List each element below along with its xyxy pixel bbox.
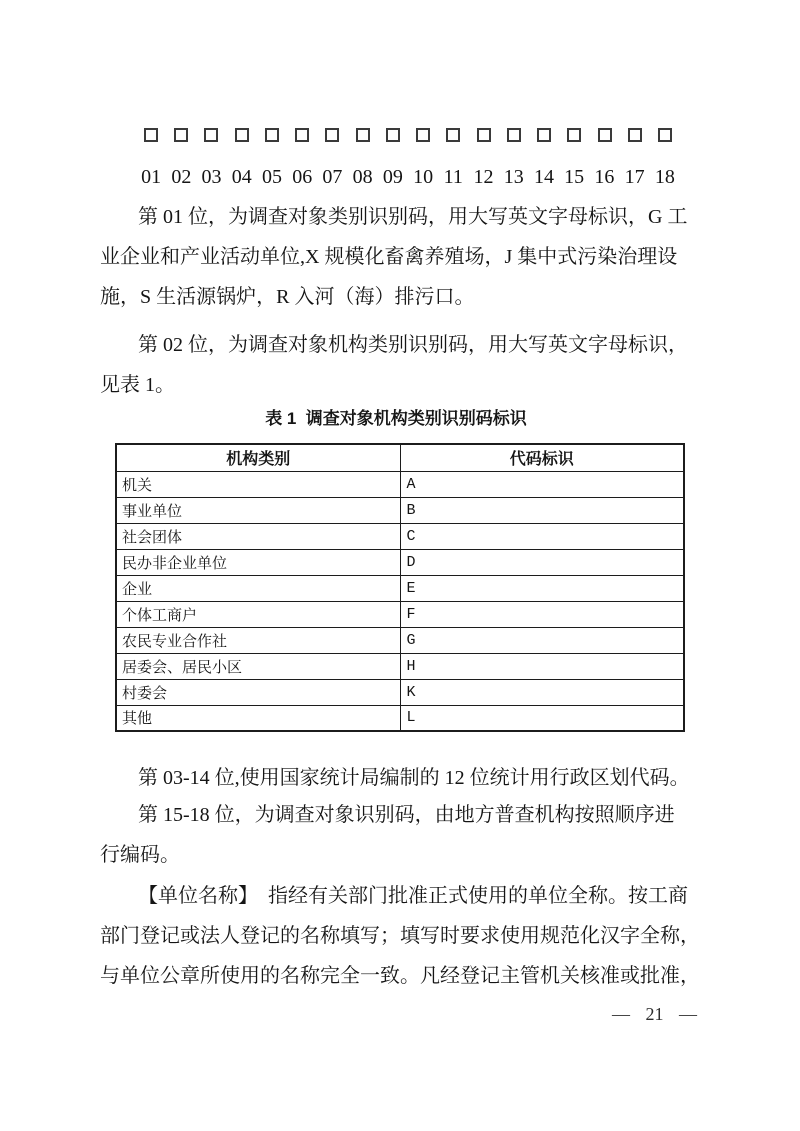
code-position-label: 10	[408, 165, 438, 189]
text-line: 第 01 位，为调查对象类别识别码，用大写英文字母标识，G 工	[100, 197, 710, 237]
table-row: 个体工商户F	[116, 601, 684, 627]
code-number-row: 010203040506070809101112131415161718	[136, 165, 680, 189]
table-row: 农民专业合作社G	[116, 627, 684, 653]
table-header-cell: 机构类别	[116, 444, 400, 471]
code-position-label: 03	[196, 165, 226, 189]
table-header-row: 机构类别代码标识	[116, 444, 684, 471]
code-box	[628, 128, 642, 142]
code-box	[537, 128, 551, 142]
table-row: 机关A	[116, 471, 684, 497]
table-row: 其他L	[116, 705, 684, 731]
table-row: 社会团体C	[116, 523, 684, 549]
category-cell: 居委会、居民小区	[116, 653, 400, 679]
text-line: 第 03-14 位,使用国家统计局编制的 12 位统计用行政区划代码。	[100, 758, 710, 798]
text-line: 施，S 生活源锅炉，R 入河（海）排污口。	[100, 277, 710, 317]
code-box	[416, 128, 430, 142]
table-row: 居委会、居民小区H	[116, 653, 684, 679]
text-line: 第 02 位，为调查对象机构类别识别码，用大写英文字母标识，	[100, 325, 710, 365]
paragraph-unit-name: 【单位名称】 指经有关部门批准正式使用的单位全称。按工商部门登记或法人登记的名称…	[100, 876, 710, 996]
code-box	[144, 128, 158, 142]
code-box	[235, 128, 249, 142]
code-box	[265, 128, 279, 142]
code-position-label: 15	[559, 165, 589, 189]
table-row: 民办非企业单位D	[116, 549, 684, 575]
code-box	[598, 128, 612, 142]
code-box	[477, 128, 491, 142]
code-box	[174, 128, 188, 142]
code-cell: K	[400, 679, 684, 705]
code-position-label: 01	[136, 165, 166, 189]
code-position-label: 13	[499, 165, 529, 189]
text-line: 业企业和产业活动单位,X 规模化畜禽养殖场，J 集中式污染治理设	[100, 237, 710, 277]
code-position-label: 17	[620, 165, 650, 189]
code-box	[325, 128, 339, 142]
code-cell: B	[400, 497, 684, 523]
code-position-label: 09	[378, 165, 408, 189]
table-row: 村委会K	[116, 679, 684, 705]
code-position-label: 16	[589, 165, 619, 189]
institution-code-table: 机构类别代码标识 机关A事业单位B社会团体C民办非企业单位D企业E个体工商户F农…	[115, 443, 685, 732]
text-line: 【单位名称】 指经有关部门批准正式使用的单位全称。按工商	[100, 876, 710, 916]
category-cell: 企业	[116, 575, 400, 601]
code-cell: G	[400, 627, 684, 653]
paragraph-code-position-02: 第 02 位，为调查对象机构类别识别码，用大写英文字母标识，见表 1。	[100, 325, 710, 405]
category-cell: 农民专业合作社	[116, 627, 400, 653]
document-page: 010203040506070809101112131415161718 第 0…	[0, 0, 800, 1131]
code-position-label: 02	[166, 165, 196, 189]
code-cell: C	[400, 523, 684, 549]
code-position-label: 04	[227, 165, 257, 189]
code-cell: H	[400, 653, 684, 679]
code-cell: A	[400, 471, 684, 497]
category-cell: 民办非企业单位	[116, 549, 400, 575]
category-cell: 社会团体	[116, 523, 400, 549]
text-line: 第 15-18 位，为调查对象识别码，由地方普查机构按照顺序进	[100, 795, 710, 835]
code-box	[295, 128, 309, 142]
code-box	[386, 128, 400, 142]
code-position-label: 07	[317, 165, 347, 189]
category-cell: 村委会	[116, 679, 400, 705]
code-position-label: 06	[287, 165, 317, 189]
footer-dash-right: —	[679, 1002, 697, 1026]
code-position-label: 14	[529, 165, 559, 189]
code-box	[204, 128, 218, 142]
code-box	[446, 128, 460, 142]
paragraph-code-position-15-18: 第 15-18 位，为调查对象识别码，由地方普查机构按照顺序进行编码。	[100, 795, 710, 875]
page-number: 21	[646, 1002, 664, 1026]
category-cell: 个体工商户	[116, 601, 400, 627]
code-position-label: 12	[468, 165, 498, 189]
code-cell: E	[400, 575, 684, 601]
category-cell: 事业单位	[116, 497, 400, 523]
table-row: 事业单位B	[116, 497, 684, 523]
footer-dash-left: —	[612, 1002, 630, 1026]
code-box	[356, 128, 370, 142]
table-row: 企业E	[116, 575, 684, 601]
code-position-label: 05	[257, 165, 287, 189]
code-box	[507, 128, 521, 142]
code-cell: L	[400, 705, 684, 731]
text-line: 见表 1。	[100, 365, 710, 405]
code-box	[658, 128, 672, 142]
table-body: 机关A事业单位B社会团体C民办非企业单位D企业E个体工商户F农民专业合作社G居委…	[116, 471, 684, 731]
code-cell: F	[400, 601, 684, 627]
category-cell: 其他	[116, 705, 400, 731]
text-line: 部门登记或法人登记的名称填写；填写时要求使用规范化汉字全称，	[100, 916, 710, 956]
code-cell: D	[400, 549, 684, 575]
paragraph-code-position-01: 第 01 位，为调查对象类别识别码，用大写英文字母标识，G 工业企业和产业活动单…	[100, 197, 710, 317]
code-position-label: 18	[650, 165, 680, 189]
code-position-label: 11	[438, 165, 468, 189]
paragraph-code-position-03-14: 第 03-14 位,使用国家统计局编制的 12 位统计用行政区划代码。	[100, 758, 710, 798]
code-box	[567, 128, 581, 142]
category-cell: 机关	[116, 471, 400, 497]
table-header-cell: 代码标识	[400, 444, 684, 471]
table-title: 表 1 调查对象机构类别识别码标识	[100, 407, 692, 431]
page-footer: — 21 —	[612, 1002, 697, 1026]
text-line: 行编码。	[100, 835, 710, 875]
code-box-row	[144, 128, 672, 142]
text-line: 与单位公章所使用的名称完全一致。凡经登记主管机关核准或批准，	[100, 956, 710, 996]
code-position-label: 08	[348, 165, 378, 189]
